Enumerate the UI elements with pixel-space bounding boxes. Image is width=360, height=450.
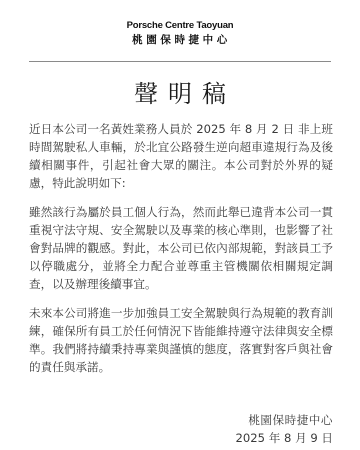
letterhead: Porsche Centre Taoyuan 桃園保時捷中心 xyxy=(0,20,360,47)
brand-name-english: Porsche Centre Taoyuan xyxy=(0,20,360,32)
header-divider xyxy=(29,61,331,62)
statement-paragraph-2: 雖然該行為屬於員工個人行為，然而此舉已違背本公司一貫重視守法守規、安全駕駛以及專… xyxy=(29,203,333,293)
statement-paragraph-3: 未來本公司將進一步加強員工安全駕駛與行為規範的教育訓練，確保所有員工於任何情況下… xyxy=(29,304,333,376)
document-title: 聲明稿 xyxy=(0,79,360,109)
brand-name-chinese: 桃園保時捷中心 xyxy=(0,33,360,47)
signature-block: 桃園保時捷中心 2025 年 8 月 9 日 xyxy=(236,411,333,447)
signature-date: 2025 年 8 月 9 日 xyxy=(236,429,333,447)
statement-paragraph-1: 近日本公司一名黃姓業務人員於 2025 年 8 月 2 日 非上班時間駕駛私人車… xyxy=(29,120,333,192)
statement-body: 近日本公司一名黃姓業務人員於 2025 年 8 月 2 日 非上班時間駕駛私人車… xyxy=(29,120,333,387)
signature-organization: 桃園保時捷中心 xyxy=(236,411,333,429)
